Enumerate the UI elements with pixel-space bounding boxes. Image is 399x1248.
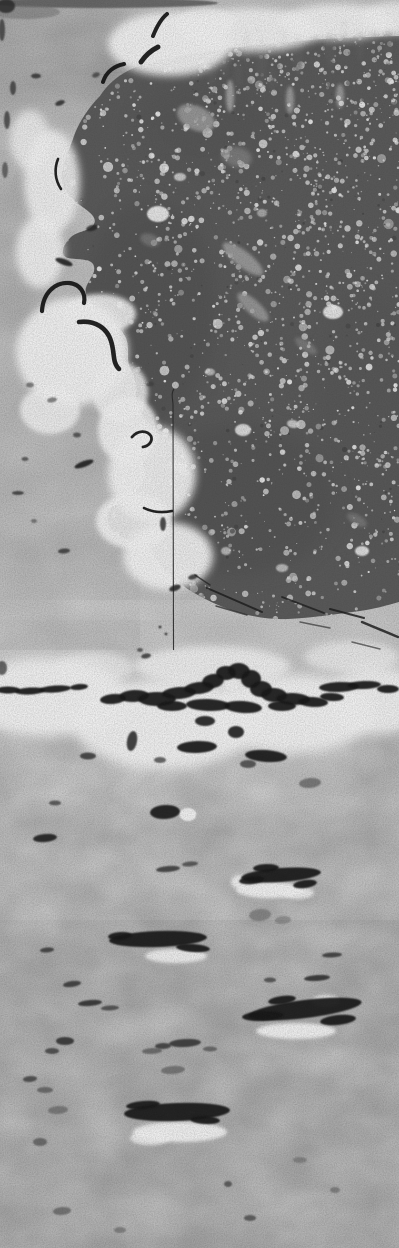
micrograph-image [0, 0, 399, 1248]
micrograph-figure [0, 0, 399, 1248]
grain-overlay [0, 0, 399, 1248]
